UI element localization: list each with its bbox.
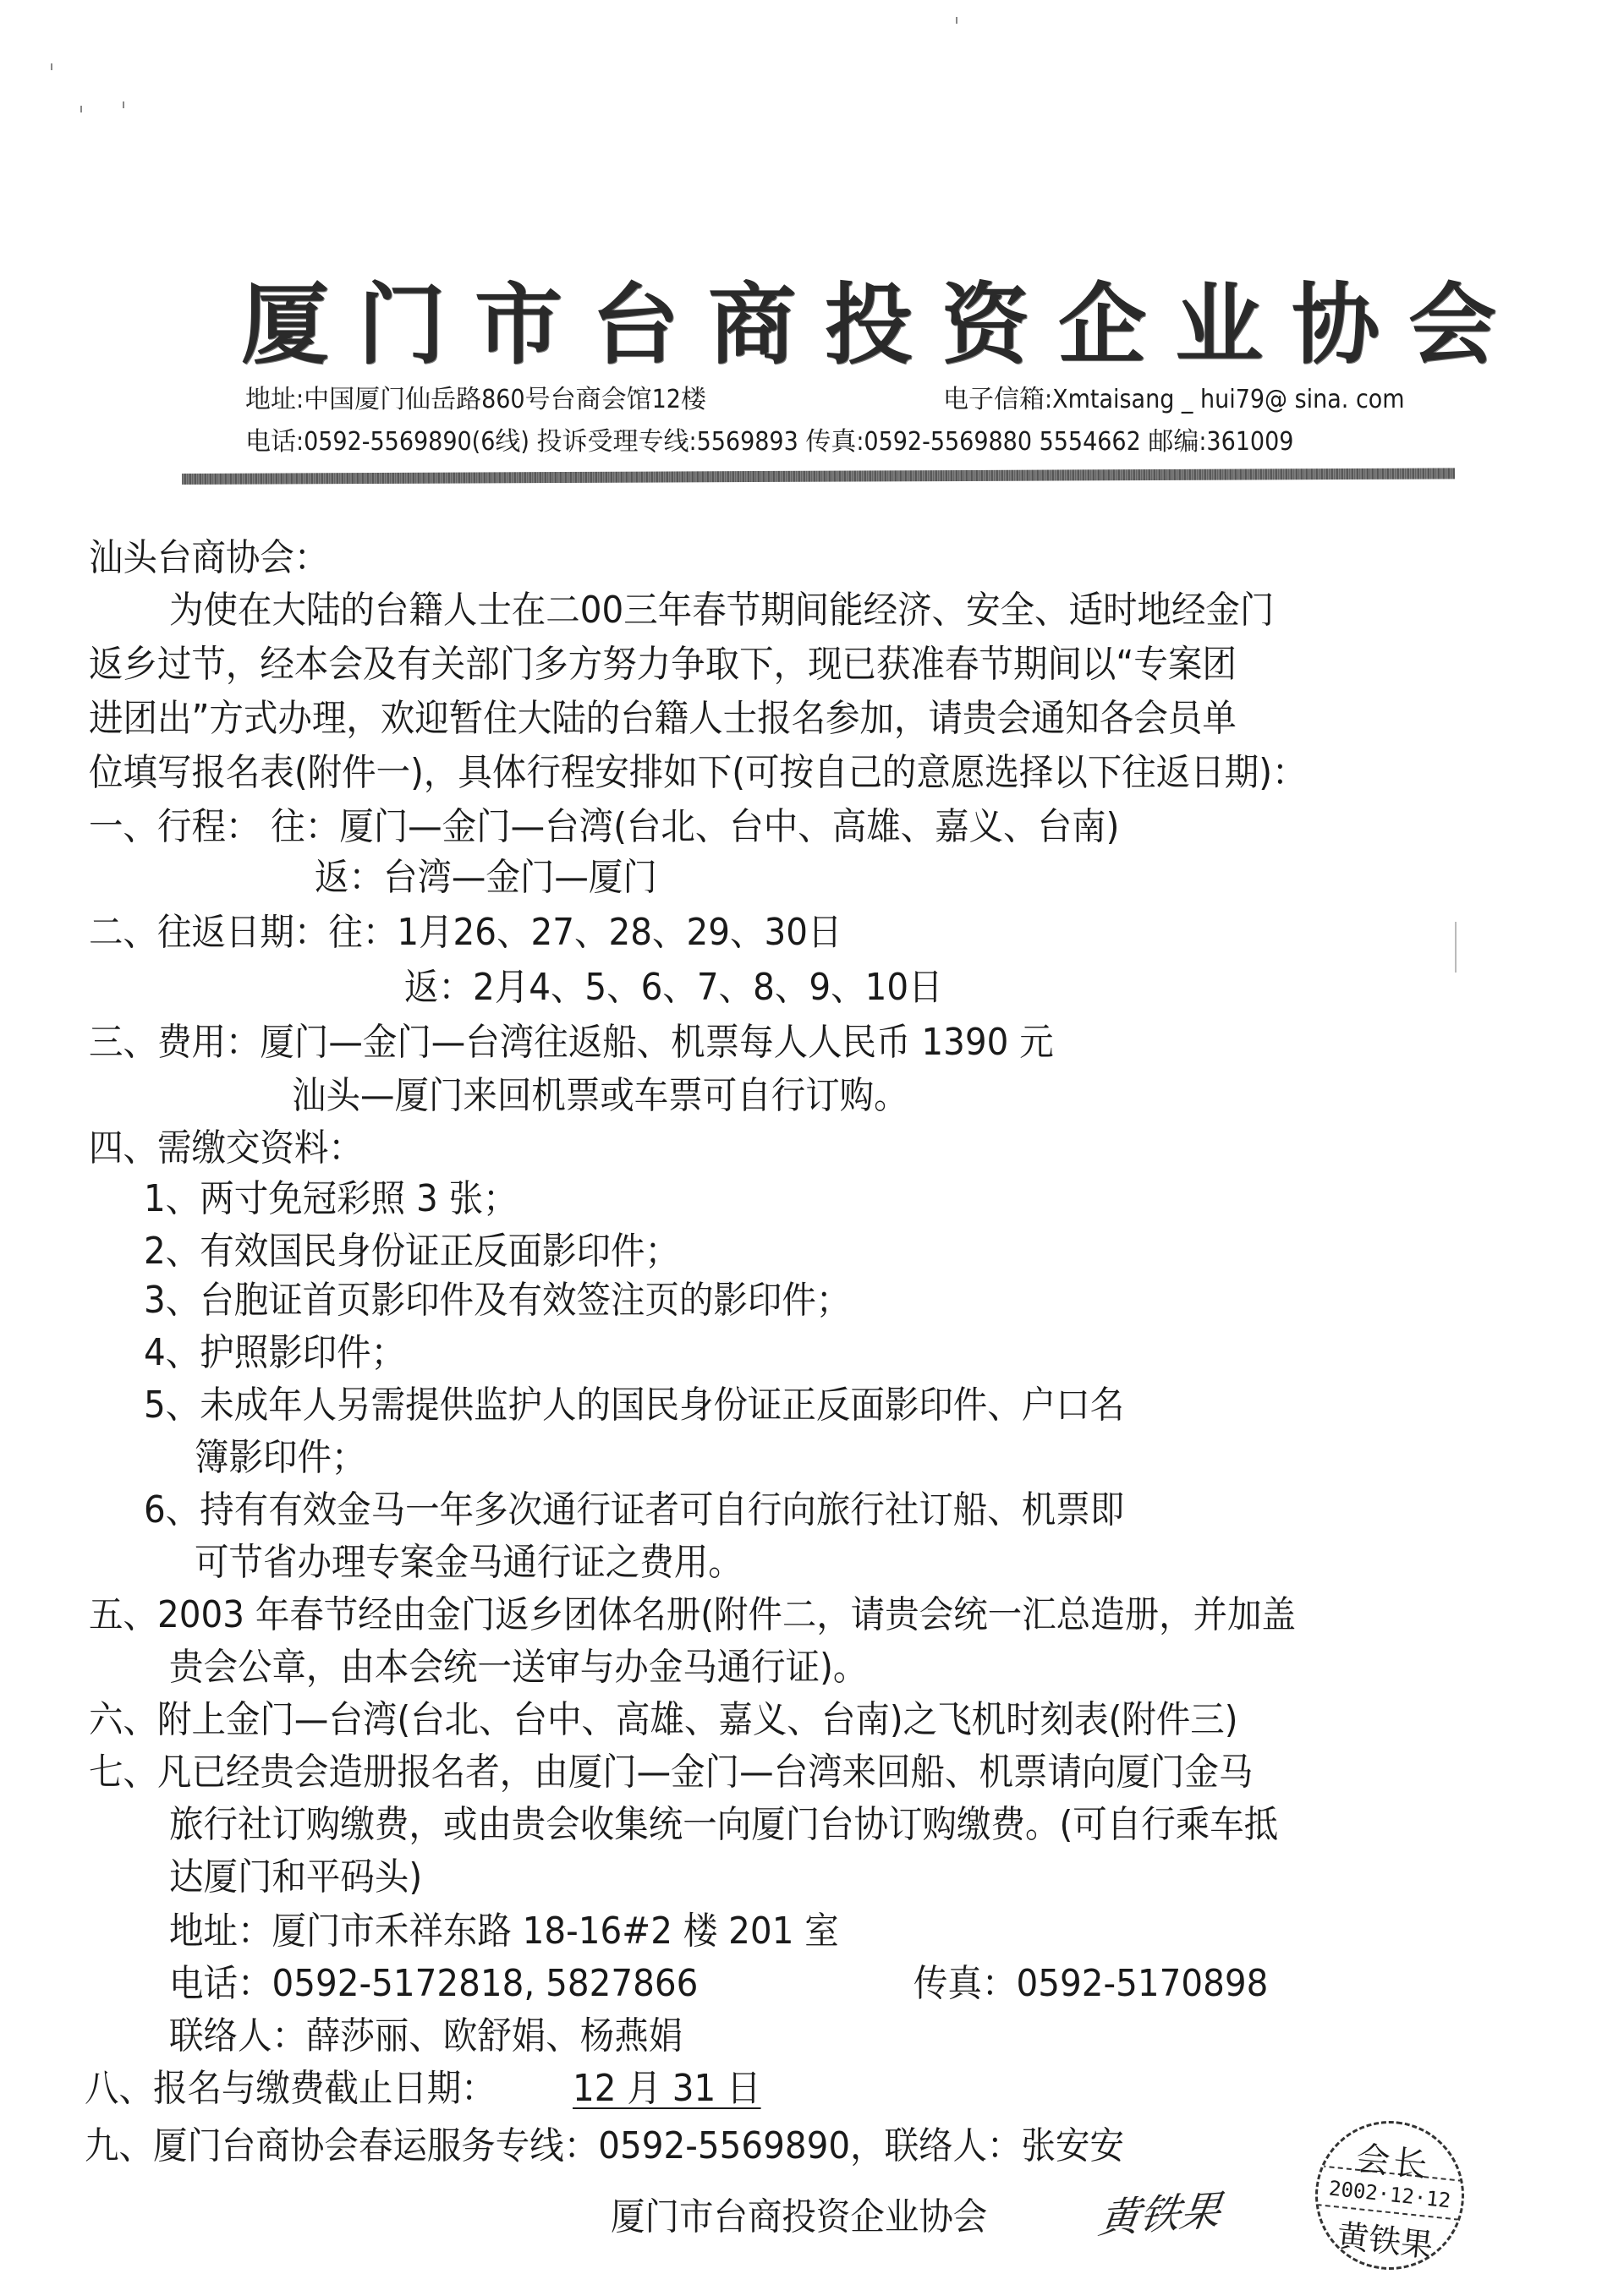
scan-speck — [1455, 922, 1457, 973]
section-documents: 四、需缴交资料： — [89, 1125, 363, 1172]
document-item: 3、台胞证首页影印件及有效签注页的影印件； — [144, 1277, 850, 1324]
section-itinerary: 一、行程： 往：厦门—金门—台湾(台北、台中、高雄、嘉义、台南) — [89, 803, 1119, 851]
hotline: 九、厦门台商协会春运服务专线：0592-5569890，联络人：张安安 — [85, 2123, 1124, 2170]
scan-speck — [123, 101, 124, 108]
section-fees: 三、费用：厦门—金门—台湾往返船、机票每人人民币 1390 元 — [89, 1019, 1054, 1066]
section-dates-return: 返：2月4、5、6、7、8、9、10日 — [404, 964, 943, 1011]
section-booking-cont: 旅行社订购缴费，或由贵会收集统一向厦门台协订购缴费。(可自行乘车抵 — [169, 1801, 1278, 1849]
letterhead-email: 电子信箱:Xmtaisang _ hui79@ sina. com — [943, 378, 1405, 415]
document-item-cont: 可节省办理专案金马通行证之费用。 — [195, 1539, 743, 1586]
agency-contacts: 联络人：薛莎丽、欧舒娟、杨燕娟 — [169, 2013, 683, 2060]
intro-line: 返乡过节，经本会及有关部门多方努力争取下，现已获准春节期间以“专案团 — [89, 641, 1237, 688]
section-dates: 二、往返日期：往：1月26、27、28、29、30日 — [89, 909, 842, 956]
intro-line: 位填写报名表(附件一)，具体行程安排如下(可按自己的意愿选择以下往返日期)： — [89, 749, 1306, 797]
official-stamp: 会长 2002·12·12 黄铁果 — [1308, 2113, 1471, 2277]
letterhead-address: 地址:中国厦门仙岳路860号台商会馆12楼 — [245, 378, 706, 415]
deadline-value: 12 月 31 日 — [573, 2065, 761, 2112]
document-item: 6、持有有效金马一年多次通行证者可自行向旅行社订船、机票即 — [144, 1487, 1124, 1534]
document-item: 4、护照影印件； — [144, 1329, 405, 1377]
document-item: 1、两寸免冠彩照 3 张； — [144, 1175, 518, 1223]
document-item: 5、未成年人另需提供监护人的国民身份证正反面影印件、户口名 — [144, 1382, 1124, 1429]
section-fees-note: 汕头—厦门来回机票或车票可自行订购。 — [292, 1072, 908, 1120]
letter-greeting: 汕头台商协会： — [89, 534, 328, 582]
section-roster: 五、2003 年春节经由金门返乡团体名册(附件二，请贵会统一汇总造册，并加盖 — [89, 1592, 1296, 1639]
document-item: 2、有效国民身份证正反面影印件； — [144, 1228, 679, 1275]
section-booking-cont: 达厦门和平码头) — [169, 1854, 422, 1901]
letterhead-contact-line: 电话:0592-5569890(6线) 投诉受理专线:5569893 传真:05… — [245, 420, 1293, 458]
section-booking: 七、凡已经贵会造册报名者，由厦门—金门—台湾来回船、机票请向厦门金马 — [89, 1749, 1253, 1796]
section-itinerary-return: 返：台湾—金门—厦门 — [315, 854, 657, 901]
section-roster-cont: 贵会公章，由本会统一送审与办金马通行证)。 — [169, 1644, 867, 1691]
signature-organization: 厦门市台商投资企业协会 — [611, 2186, 987, 2240]
intro-line: 进团出”方式办理，欢迎暂住大陆的台籍人士报名参加，请贵会通知各会员单 — [89, 695, 1237, 743]
scan-speck — [80, 106, 82, 112]
agency-address: 地址：厦门市禾祥东路 18-16#2 楼 201 室 — [169, 1908, 839, 1955]
document-item-cont: 簿影印件； — [195, 1434, 365, 1482]
handwritten-signature: 黄铁果 — [1095, 2178, 1225, 2245]
scan-speck — [51, 63, 52, 70]
agency-phone: 电话：0592-5172818, 5827866 — [169, 1960, 698, 2008]
agency-fax: 传真：0592-5170898 — [913, 1960, 1268, 2008]
deadline-label: 八、报名与缴费截止日期： — [85, 2065, 496, 2112]
letterhead-divider — [182, 468, 1455, 485]
scan-speck — [956, 17, 957, 24]
section-flight-schedule: 六、附上金门—台湾(台北、台中、高雄、嘉义、台南)之飞机时刻表(附件三) — [89, 1696, 1238, 1744]
letterhead-title: 厦门市台商投资企业协会 — [241, 254, 1525, 381]
intro-line: 为使在大陆的台籍人士在二00三年春节期间能经济、安全、适时地经金门 — [169, 587, 1274, 634]
